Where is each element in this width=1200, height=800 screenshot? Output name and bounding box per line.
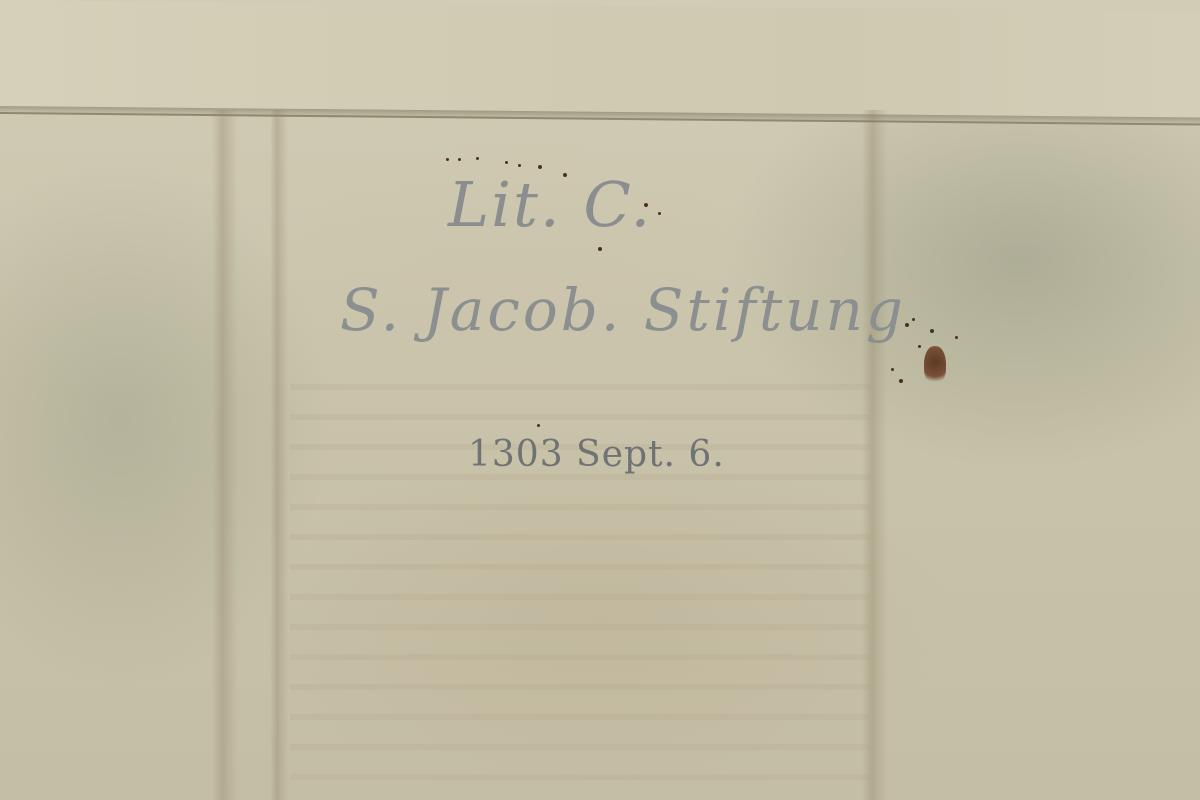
archive-fonds-label: S. Jacob. Stiftung <box>340 276 906 344</box>
faded-text-show-through <box>290 360 870 780</box>
vertical-fold-left <box>212 110 238 800</box>
archival-signature-label: Lit. C. <box>448 168 652 241</box>
document-date: 1303 Sept. 6. <box>468 434 725 475</box>
ink-blot <box>924 346 946 386</box>
parchment-sheet: Lit. C. S. Jacob. Stiftung 1303 Sept. 6. <box>0 0 1200 800</box>
vertical-fold-left-inner <box>270 110 288 800</box>
top-fold-flap <box>0 0 1200 126</box>
